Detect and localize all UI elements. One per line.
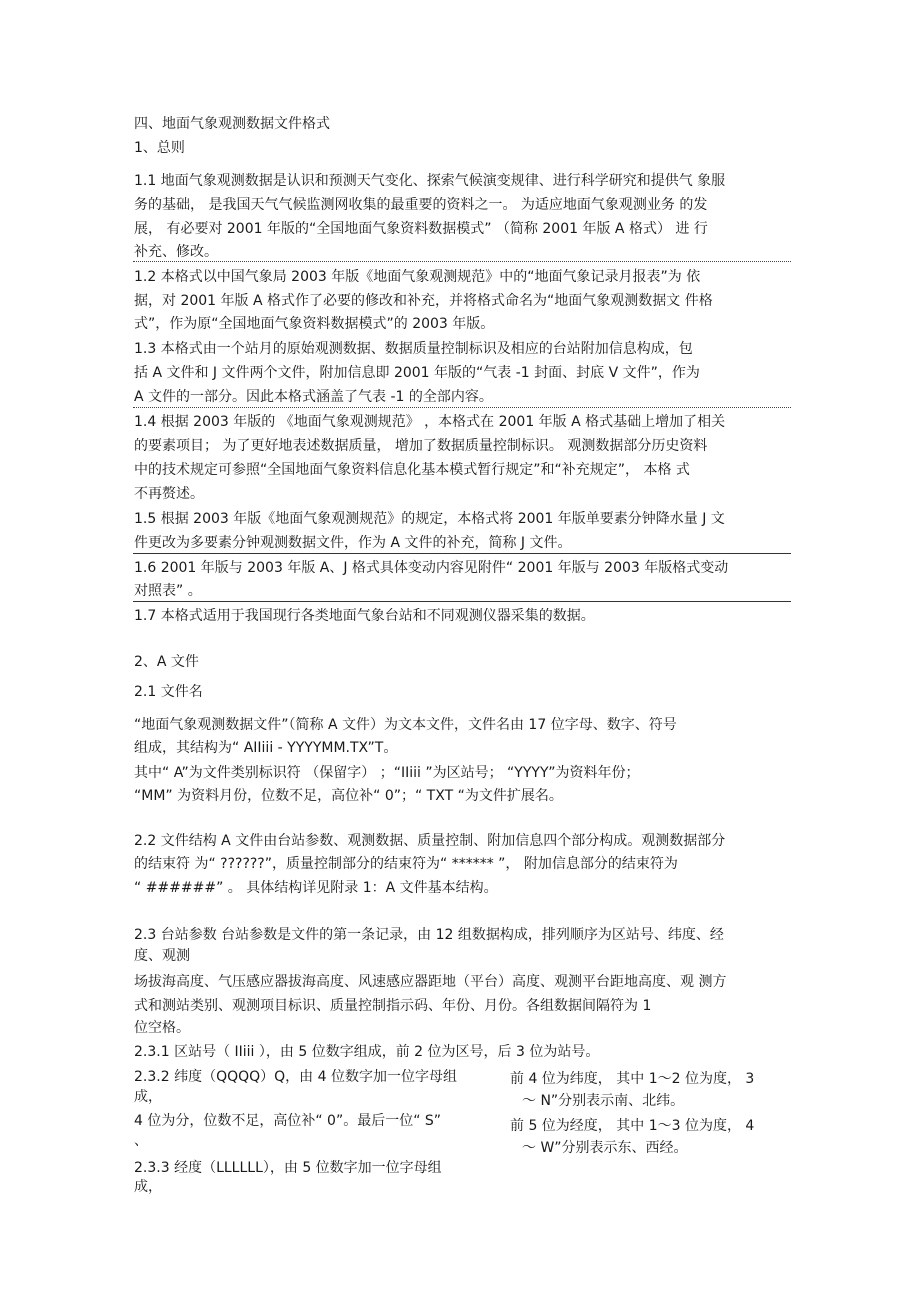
text-line: 1.4 根据 2003 年版的 《地面气象观测规范》 ，本格式在 2001 年版… <box>134 412 725 432</box>
divider <box>133 601 791 602</box>
text-line: 、 <box>134 1131 148 1151</box>
text-line: “ ######” 。 具体结构详见附录 1：A 文件基本结构。 <box>134 878 498 898</box>
subsection-2-1-heading: 2.1 文件名 <box>134 682 203 702</box>
paragraph-2-3-1: 2.3.1 区站号（ IIiii ），由 5 位数字组成，前 2 位为区号，后 … <box>134 1042 599 1062</box>
text-line: 4 位为分，位数不足，高位补“ 0”。最后一位“ S” <box>134 1111 441 1131</box>
text-line: 1.1 地面气象观测数据是认识和预测天气变化、探索气候演变规律、进行科学研究和提… <box>134 171 725 191</box>
text-line: 1.2 本格式以中国气象局 2003 年版《地面气象观测规范》中的“地面气象记录… <box>134 267 700 287</box>
text-line: 成， <box>134 1087 162 1107</box>
text-line: ～ N”分别表示南、北纬。 <box>522 1091 684 1111</box>
document-page: 四、地面气象观测数据文件格式 1、总则 1.1 地面气象观测数据是认识和预测天气… <box>0 0 920 1303</box>
text-line: 2.3 台站参数 台站参数是文件的第一条记录，由 12 组数据构成，排列顺序为区… <box>134 925 724 945</box>
text-line: 括 A 文件和 J 文件两个文件，附加信息即 2001 年版的“气表 -1 封面… <box>134 363 700 383</box>
text-line: “地面气象观测数据文件”（简称 A 文件）为文本文件，文件名由 17 位字母、数… <box>134 715 677 735</box>
text-line: 的结束符 为“ ??????”，质量控制部分的结束符为“ ****** ”， 附… <box>134 854 678 874</box>
text-line: 2.2 文件结构 A 文件由台站参数、观测数据、质量控制、附加信息四个部分构成。… <box>134 831 725 851</box>
text-line: 位空格。 <box>134 1018 190 1038</box>
text-line: 2.3.2 纬度（QQQQ）Q，由 4 位数字加一位字母组 <box>134 1067 457 1087</box>
text-line: 2.3.3 经度（LLLLLL），由 5 位数字加一位字母组 <box>134 1158 442 1178</box>
text-line: 1.6 2001 年版与 2003 年版 A、J 格式具体变动内容见附件“ 20… <box>134 558 728 578</box>
text-line: 前 4 位为纬度， 其中 1～2 位为度， 3 <box>510 1069 754 1089</box>
text-line: 1.3 本格式由一个站月的原始观测数据、数据质量控制标识及相应的台站附加信息构成… <box>134 339 693 359</box>
text-line: 务的基础， 是我国天气气候监测网收集的最重要的资料之一。 为适应地面气象观测业务… <box>134 195 707 215</box>
text-line: 不再赘述。 <box>134 484 204 504</box>
text-line: 中的技术规定可参照“全国地面气象资料信息化基本模式暂行规定”和“补充规定”， 本… <box>134 460 690 480</box>
text-line: ～ W”分别表示东、西经。 <box>522 1138 688 1158</box>
divider <box>133 261 791 262</box>
text-line: 其中“ A”为文件类别标识符 （保留字） ；“IIiii ”为区站号； “YYY… <box>134 763 640 783</box>
text-line: 展， 有必要对 2001 年版的“全国地面气象资料数据模式” （简称 2001 … <box>134 219 708 239</box>
text-line: 成， <box>134 1177 162 1197</box>
section-2-heading: 2、A 文件 <box>134 652 199 672</box>
section-1-heading: 1、总则 <box>134 138 185 158</box>
text-line: 度、观测 <box>134 946 190 966</box>
document-title: 四、地面气象观测数据文件格式 <box>134 114 330 134</box>
text-line: 组成，其结构为“ AIIiii - YYYYMM.TX”T。 <box>134 738 397 758</box>
text-line: 1.5 根据 2003 年版《地面气象观测规范》的规定，本格式将 2001 年版… <box>134 509 725 529</box>
divider <box>133 407 791 408</box>
text-line: A 文件的一部分。因此本格式涵盖了气表 -1 的全部内容。 <box>134 387 493 407</box>
text-line: 式和测站类别、观测项目标识、质量控制指示码、年份、月份。各组数据间隔符为 1 <box>134 996 651 1016</box>
divider <box>133 553 791 554</box>
text-line: 对照表” 。 <box>134 581 202 601</box>
text-line: 前 5 位为经度， 其中 1～3 位为度， 4 <box>510 1116 754 1136</box>
text-line: “MM” 为资料月份，位数不足，高位补“ 0”；“ TXT “为文件扩展名。 <box>134 786 563 806</box>
text-line: 场拔海高度、气压感应器拔海高度、风速感应器距地（平台）高度、观测平台距地高度、观… <box>134 972 726 992</box>
text-line: 的要素项目； 为了更好地表述数据质量， 增加了数据质量控制标识。 观测数据部分历… <box>134 436 707 456</box>
text-line: 补充、修改。 <box>134 242 218 262</box>
text-line: 据，对 2001 年版 A 格式作了必要的修改和补充，并将格式命名为“地面气象观… <box>134 291 713 311</box>
text-line: 式”，作为原“全国地面气象资料数据模式”的 2003 年版。 <box>134 314 494 334</box>
paragraph-1-7: 1.7 本格式适用于我国现行各类地面气象台站和不同观测仪器采集的数据。 <box>134 606 595 626</box>
text-line: 件更改为多要素分钟观测数据文件，作为 A 文件的补充，简称 J 文件。 <box>134 533 572 553</box>
